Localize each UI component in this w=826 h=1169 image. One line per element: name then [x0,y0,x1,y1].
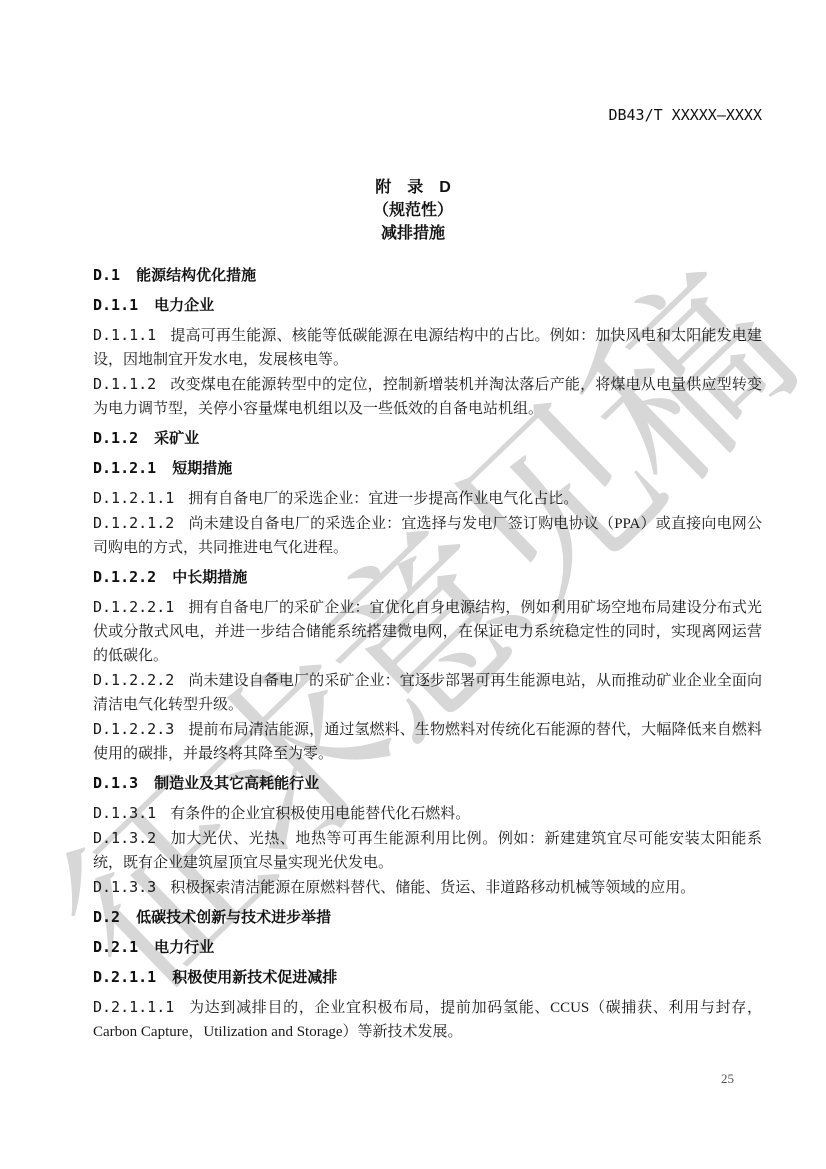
clause-paragraph: D.1.1.1提高可再生能源、核能等低碳能源在电源结构中的占比。例如：加快风电和… [93,323,762,372]
appendix-normative-label: （规范性） [0,199,826,222]
clause-number: D.1.3 [93,774,138,792]
clause-paragraph: D.1.2.2.3提前布局清洁能源，通过氢燃料、生物燃料对传统化石能源的替代，大… [93,717,762,766]
clause-number: D.2 [93,908,120,926]
clause-number: D.1.1 [93,296,138,314]
clause-paragraph: D.2.1.1.1为达到减排目的，企业宜积极布局，提前加码氢能、CCUS（碳捕获… [93,995,762,1044]
section-heading: D.1.2.1短期措施 [93,456,762,481]
section-heading: D.1.1电力企业 [93,293,762,318]
clause-number: D.1.2.2.2 [93,671,174,689]
clause-text: 中长期措施 [172,569,247,586]
clause-number: D.1.2.1 [93,459,156,477]
clause-paragraph: D.1.1.2改变煤电在能源转型中的定位，控制新增装机并淘汰落后产能，将煤电从电… [93,372,762,421]
clause-text: 积极探索清洁能源在原燃料替代、储能、货运、非道路移动机械等领域的应用。 [170,880,695,896]
clause-number: D.1.2.1.2 [93,514,174,532]
clause-paragraph: D.1.3.2加大光伏、光热、地热等可再生能源利用比例。例如：新建建筑宜尽可能安… [93,826,762,875]
clause-number: D.1.3.2 [93,829,156,847]
clause-text: 低碳技术创新与技术进步举措 [136,909,331,926]
clause-number: D.1.1.1 [93,326,156,344]
clause-text: 拥有自备电厂的采矿企业：宜优化自身电源结构，例如利用矿场空地布局建设分布式光伏或… [93,600,762,664]
clause-number: D.1.3.1 [93,804,156,822]
section-heading: D.2低碳技术创新与技术进步举措 [93,905,762,930]
document-page: 征求意见稿 DB43/T XXXXX—XXXX 附 录 D （规范性） 减排措施… [0,0,826,1169]
clause-number: D.1.2 [93,429,138,447]
clause-text: 提高可再生能源、核能等低碳能源在电源结构中的占比。例如：加快风电和太阳能发电建设… [93,328,762,368]
clause-text: 尚未建设自备电厂的采矿企业：宜逐步部署可再生能源电站，从而推动矿业企业全面向清洁… [93,673,762,713]
clause-number: D.1 [93,266,120,284]
clause-text: 加大光伏、光热、地热等可再生能源利用比例。例如：新建建筑宜尽可能安装太阳能系统，… [93,831,762,871]
clause-number: D.1.2.2.1 [93,598,174,616]
clause-text: 电力企业 [154,297,214,314]
clause-text: 拥有自备电厂的采选企业：宜进一步提高作业电气化占比。 [188,491,578,507]
section-heading: D.2.1.1积极使用新技术促进减排 [93,965,762,990]
clause-number: D.1.2.2 [93,568,156,586]
clause-text: 采矿业 [154,430,199,447]
section-heading: D.1.2.2中长期措施 [93,565,762,590]
clause-text: 积极使用新技术促进减排 [172,969,337,986]
clause-number: D.1.2.2.3 [93,720,174,738]
page-number: 25 [721,1071,734,1087]
clause-text: 有条件的企业宜积极使用电能替代化石燃料。 [170,806,470,822]
clause-number: D.1.1.2 [93,375,156,393]
clause-number: D.2.1.1.1 [93,998,174,1016]
clause-paragraph: D.1.3.3积极探索清洁能源在原燃料替代、储能、货运、非道路移动机械等领域的应… [93,875,762,900]
appendix-title-block: 附 录 D （规范性） 减排措施 [0,176,826,245]
section-heading: D.2.1电力行业 [93,935,762,960]
clause-text: 电力行业 [154,939,214,956]
standard-document-code: DB43/T XXXXX—XXXX [608,106,762,124]
clause-paragraph: D.1.2.1.1拥有自备电厂的采选企业：宜进一步提高作业电气化占比。 [93,486,762,511]
section-heading: D.1能源结构优化措施 [93,263,762,288]
clause-paragraph: D.1.2.2.2尚未建设自备电厂的采矿企业：宜逐步部署可再生能源电站，从而推动… [93,668,762,717]
clause-text: 为达到减排目的，企业宜积极布局，提前加码氢能、CCUS（碳捕获、利用与封存，Ca… [93,1000,762,1040]
section-heading: D.1.3制造业及其它高耗能行业 [93,771,762,796]
clause-number: D.2.1 [93,938,138,956]
clause-number: D.1.2.1.1 [93,489,174,507]
section-heading: D.1.2采矿业 [93,426,762,451]
clause-text: 制造业及其它高耗能行业 [154,775,319,792]
clause-text: 改变煤电在能源转型中的定位，控制新增装机并淘汰落后产能，将煤电从电量供应型转变为… [93,377,762,417]
clause-number: D.2.1.1 [93,968,156,986]
clause-text: 尚未建设自备电厂的采选企业：宜选择与发电厂签订购电协议（PPA）或直接向电网公司… [93,516,762,556]
clause-paragraph: D.1.3.1有条件的企业宜积极使用电能替代化石燃料。 [93,801,762,826]
appendix-label: 附 录 D [0,176,826,199]
clause-paragraph: D.1.2.2.1拥有自备电厂的采矿企业：宜优化自身电源结构，例如利用矿场空地布… [93,595,762,668]
clause-text: 提前布局清洁能源，通过氢燃料、生物燃料对传统化石能源的替代，大幅降低来自燃料使用… [93,722,762,762]
clause-text: 能源结构优化措施 [136,267,256,284]
clause-number: D.1.3.3 [93,878,156,896]
clause-text: 短期措施 [172,460,232,477]
document-body: D.1能源结构优化措施D.1.1电力企业D.1.1.1提高可再生能源、核能等低碳… [93,258,762,1044]
clause-paragraph: D.1.2.1.2尚未建设自备电厂的采选企业：宜选择与发电厂签订购电协议（PPA… [93,511,762,560]
appendix-name: 减排措施 [0,222,826,245]
